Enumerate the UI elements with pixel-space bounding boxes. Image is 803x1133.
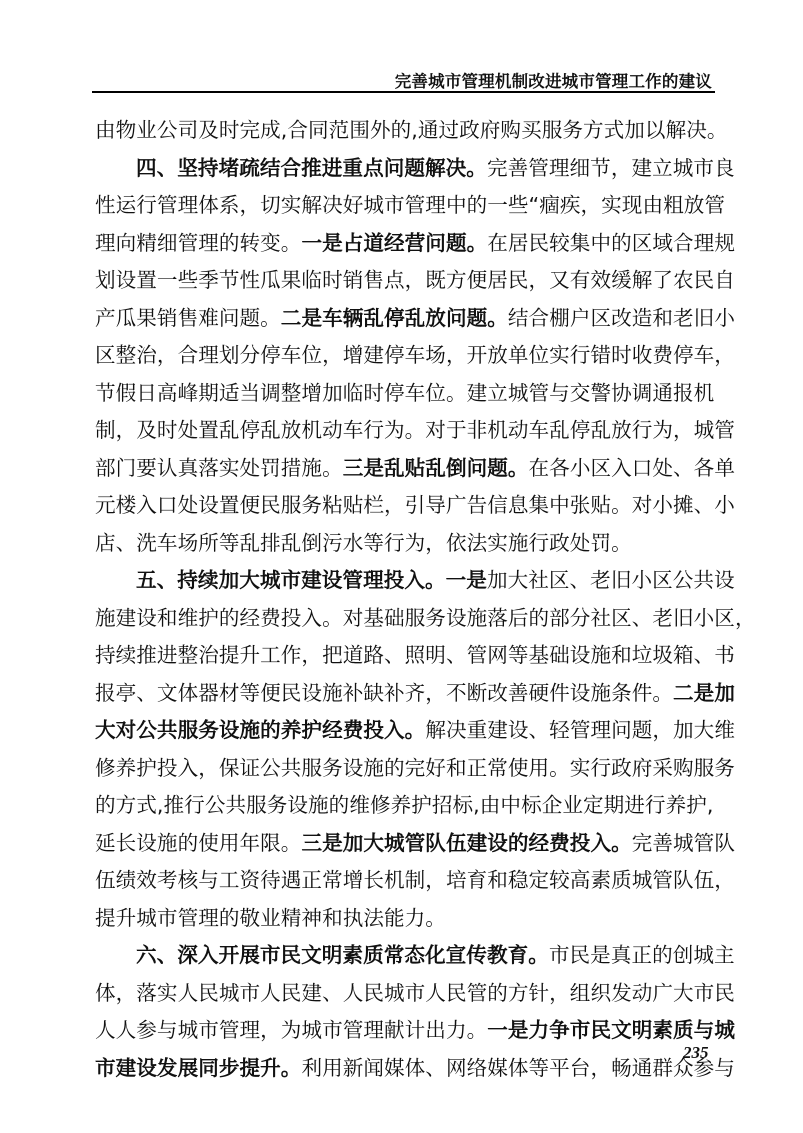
bold-text-run: 六、深入开展市民文明素质常态化宣传教育。	[136, 943, 549, 967]
text-run: 由物业公司及时完成,合同范围外的,通过政府购买服务方式加以解决。	[95, 118, 728, 142]
text-run: 性运行管理体系，切实解决好城市管理中的一些“痼疾，实现由粗放管	[95, 193, 725, 217]
text-run: 市民是真正的创城主	[549, 943, 735, 967]
bold-text-run: 二是车辆乱停乱放问题。	[281, 306, 508, 330]
text-run: 人人参与城市管理，为城市管理献计出力。	[95, 1018, 487, 1042]
text-line: 产瓜果销售难问题。二是车辆乱停乱放问题。结合棚户区改造和老旧小	[95, 303, 712, 341]
text-run: 产瓜果销售难问题。	[95, 306, 281, 330]
text-line: 体，落实人民城市人民建、人民城市人民管的方针，组织发动广大市民	[95, 978, 712, 1016]
text-run: 延长设施的使用年限。	[95, 831, 301, 855]
bold-text-run: 一是占道经营问题。	[301, 231, 487, 255]
text-run: 施建设和维护的经费投入。对基础服务设施落后的部分社区、老旧小区，	[95, 606, 756, 630]
text-run: 修养护投入，保证公共服务设施的完好和正常使用。实行政府采购服务	[95, 756, 735, 780]
text-line: 报亭、文体器材等便民设施补缺补齐，不断改善硬件设施条件。二是加	[95, 678, 712, 716]
text-run: 利用新闻媒体、网络媒体等平台，畅通群众参与	[301, 1056, 735, 1080]
text-line: 六、深入开展市民文明素质常态化宣传教育。市民是真正的创城主	[95, 940, 712, 978]
text-run: 解决重建设、轻管理问题，加大维	[425, 718, 735, 742]
text-run: 节假日高峰期适当调整增加临时停车位。建立城管与交警协调通报机	[95, 381, 714, 405]
text-run: 完善城管队	[632, 831, 735, 855]
text-run: 报亭、文体器材等便民设施补缺补齐，不断改善硬件设施条件。	[95, 681, 673, 705]
header-rule	[92, 91, 715, 93]
text-line: 人人参与城市管理，为城市管理献计出力。一是力争市民文明素质与城	[95, 1015, 712, 1053]
text-run: 的方式,推行公共服务设施的维修养护招标,由中标企业定期进行养护,	[95, 793, 713, 817]
text-line: 延长设施的使用年限。三是加大城管队伍建设的经费投入。完善城管队	[95, 828, 712, 866]
text-line: 划设置一些季节性瓜果临时销售点，既方便居民，又有效缓解了农民自	[95, 265, 712, 303]
text-line: 修养护投入，保证公共服务设施的完好和正常使用。实行政府采购服务	[95, 753, 712, 791]
bold-text-run: 市建设发展同步提升。	[95, 1056, 301, 1080]
text-run: 理向精细管理的转变。	[95, 231, 301, 255]
text-line: 持续推进整治提升工作，把道路、照明、管网等基础设施和垃圾箱、书	[95, 640, 712, 678]
text-run: 在各小区入口处、各单	[529, 456, 735, 480]
text-line: 理向精细管理的转变。一是占道经营问题。在居民较集中的区域合理规	[95, 228, 712, 266]
text-run: 伍绩效考核与工资待遇正常增长机制，培育和稳定较高素质城管队伍，	[95, 868, 735, 892]
running-title: 完善城市管理机制改进城市管理工作的建议	[395, 68, 712, 92]
text-line: 施建设和维护的经费投入。对基础服务设施落后的部分社区、老旧小区，	[95, 603, 712, 641]
text-line: 元楼入口处设置便民服务粘贴栏，引导广告信息集中张贴。对小摊、小	[95, 490, 712, 528]
bold-text-run: 二是加	[673, 681, 735, 705]
text-run: 加大社区、老旧小区公共设	[487, 568, 735, 592]
text-run: 元楼入口处设置便民服务粘贴栏，引导广告信息集中张贴。对小摊、小	[95, 493, 735, 517]
text-run: 店、洗车场所等乱排乱倒污水等行为，依法实施行政处罚。	[95, 531, 632, 555]
bold-text-run: 一是力争市民文明素质与城	[487, 1018, 735, 1042]
text-line: 节假日高峰期适当调整增加临时停车位。建立城管与交警协调通报机	[95, 378, 712, 416]
page-number: 235	[683, 1043, 709, 1063]
bold-text-run: 大对公共服务设施的养护经费投入。	[95, 718, 425, 742]
running-header: 完善城市管理机制改进城市管理工作的建议	[92, 66, 715, 92]
text-line: 由物业公司及时完成,合同范围外的,通过政府购买服务方式加以解决。	[95, 115, 712, 153]
text-line: 的方式,推行公共服务设施的维修养护招标,由中标企业定期进行养护,	[95, 790, 712, 828]
text-line: 提升城市管理的敬业精神和执法能力。	[95, 903, 712, 941]
text-run: 完善管理细节，建立城市良	[487, 156, 735, 180]
text-line: 市建设发展同步提升。利用新闻媒体、网络媒体等平台，畅通群众参与	[95, 1053, 712, 1091]
text-run: 提升城市管理的敬业精神和执法能力。	[95, 906, 446, 930]
text-run: 划设置一些季节性瓜果临时销售点，既方便居民，又有效缓解了农民自	[95, 268, 735, 292]
bold-text-run: 一是	[446, 568, 487, 592]
text-line: 性运行管理体系，切实解决好城市管理中的一些“痼疾，实现由粗放管	[95, 190, 712, 228]
text-run: 结合棚户区改造和老旧小	[508, 306, 735, 330]
bold-text-run: 三是加大城管队伍建设的经费投入。	[301, 831, 631, 855]
text-line: 区整治，合理划分停车位，增建停车场，开放单位实行错时收费停车，	[95, 340, 712, 378]
bold-text-run: 三是乱贴乱倒问题。	[343, 456, 529, 480]
text-line: 四、坚持堵疏结合推进重点问题解决。完善管理细节，建立城市良	[95, 153, 712, 191]
text-line: 伍绩效考核与工资待遇正常增长机制，培育和稳定较高素质城管队伍，	[95, 865, 712, 903]
bold-text-run: 四、坚持堵疏结合推进重点问题解决。	[136, 156, 487, 180]
text-line: 部门要认真落实处罚措施。三是乱贴乱倒问题。在各小区入口处、各单	[95, 453, 712, 491]
text-run: 在居民较集中的区域合理规	[487, 231, 735, 255]
text-run: 持续推进整治提升工作，把道路、照明、管网等基础设施和垃圾箱、书	[95, 643, 735, 667]
text-line: 大对公共服务设施的养护经费投入。解决重建设、轻管理问题，加大维	[95, 715, 712, 753]
text-line: 制，及时处置乱停乱放机动车行为。对于非机动车乱停乱放行为，城管	[95, 415, 712, 453]
body-text: 由物业公司及时完成,合同范围外的,通过政府购买服务方式加以解决。四、坚持堵疏结合…	[95, 115, 712, 1090]
text-run: 区整治，合理划分停车位，增建停车场，开放单位实行错时收费停车，	[95, 343, 735, 367]
text-line: 店、洗车场所等乱排乱倒污水等行为，依法实施行政处罚。	[95, 528, 712, 566]
text-run: 体，落实人民城市人民建、人民城市人民管的方针，组织发动广大市民	[95, 981, 735, 1005]
text-line: 五、持续加大城市建设管理投入。一是加大社区、老旧小区公共设	[95, 565, 712, 603]
bold-text-run: 五、持续加大城市建设管理投入。	[136, 568, 446, 592]
text-run: 制，及时处置乱停乱放机动车行为。对于非机动车乱停乱放行为，城管	[95, 418, 735, 442]
text-run: 部门要认真落实处罚措施。	[95, 456, 343, 480]
